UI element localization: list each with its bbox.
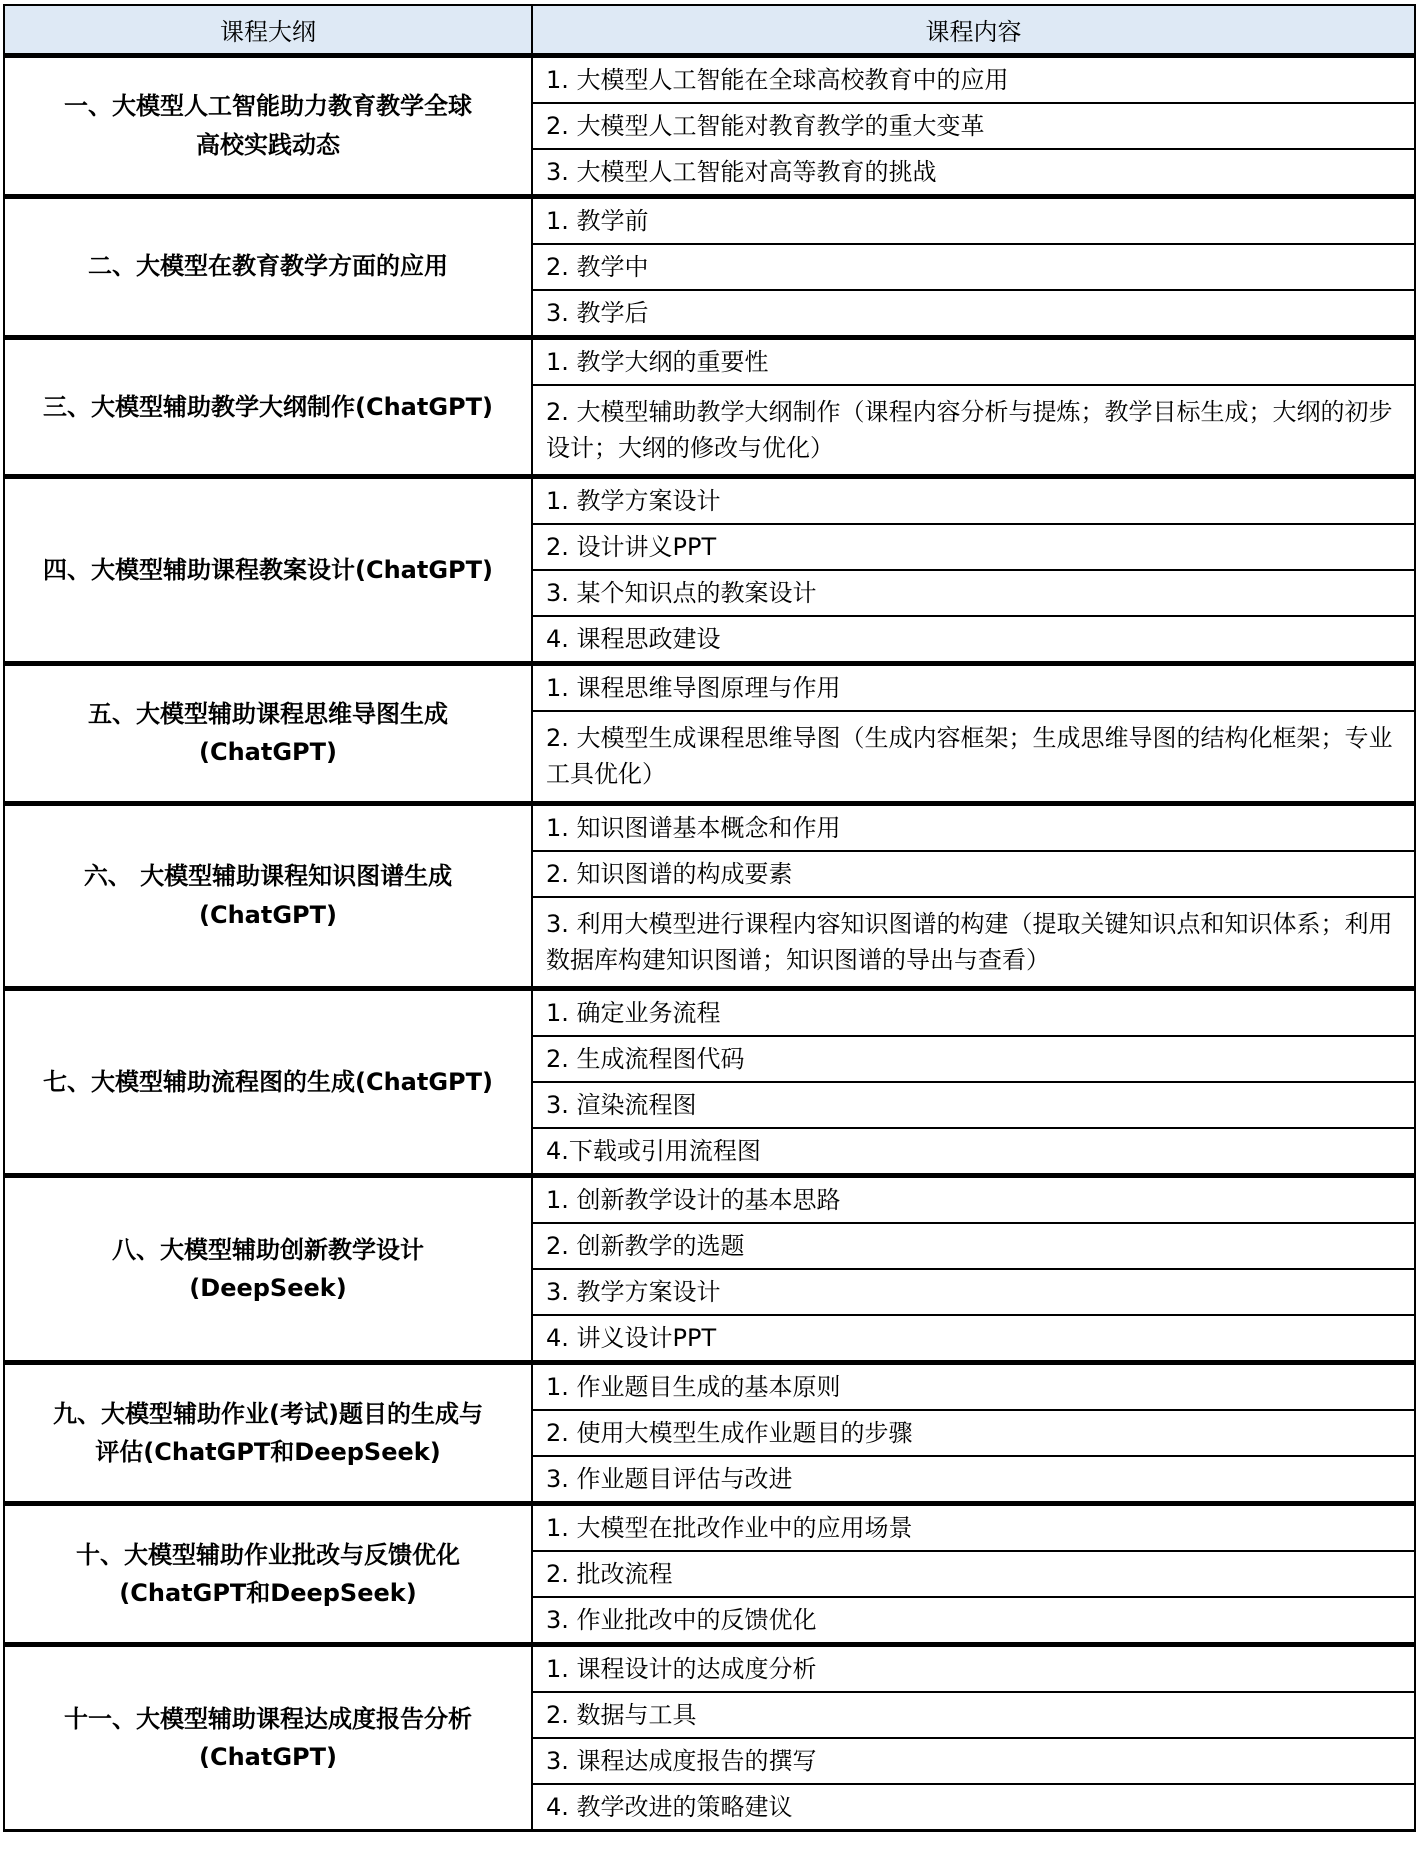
content-cell: 1. 教学前	[532, 196, 1415, 244]
outline-line: 高校实践动态	[13, 126, 523, 164]
section-2-row: 二、大模型在教育教学方面的应用 1. 教学前	[4, 196, 1415, 244]
content-cell: 3. 教学后	[532, 290, 1415, 338]
column-header-outline: 课程大纲	[4, 5, 532, 55]
content-cell: 1. 教学大纲的重要性	[532, 337, 1415, 385]
content-cell: 3. 渲染流程图	[532, 1082, 1415, 1128]
content-cell: 1. 知识图谱基本概念和作用	[532, 803, 1415, 851]
outline-cell-10: 十、大模型辅助作业批改与反馈优化 (ChatGPT和DeepSeek)	[4, 1504, 532, 1645]
content-cell: 4. 课程思政建设	[532, 616, 1415, 664]
content-cell: 1. 大模型在批改作业中的应用场景	[532, 1504, 1415, 1552]
content-cell: 3. 课程达成度报告的撰写	[532, 1738, 1415, 1784]
outline-line: 十一、大模型辅助课程达成度报告分析	[13, 1700, 523, 1738]
section-8-row: 八、大模型辅助创新教学设计 (DeepSeek) 1. 创新教学设计的基本思路	[4, 1176, 1415, 1224]
outline-line: 一、大模型人工智能助力教育教学全球	[13, 87, 523, 125]
outline-line: (DeepSeek)	[13, 1269, 523, 1307]
content-cell: 1. 教学方案设计	[532, 477, 1415, 525]
outline-cell-2: 二、大模型在教育教学方面的应用	[4, 196, 532, 337]
outline-line: 十、大模型辅助作业批改与反馈优化	[13, 1536, 523, 1574]
content-cell: 1. 作业题目生成的基本原则	[532, 1363, 1415, 1411]
content-cell: 1. 大模型人工智能在全球高校教育中的应用	[532, 55, 1415, 103]
content-cell: 2. 大模型辅助教学大纲制作（课程内容分析与提炼；教学目标生成；大纲的初步设计；…	[532, 385, 1415, 477]
content-cell: 3. 某个知识点的教案设计	[532, 570, 1415, 616]
content-cell: 2. 设计讲义PPT	[532, 524, 1415, 570]
content-cell: 2. 数据与工具	[532, 1692, 1415, 1738]
outline-cell-1: 一、大模型人工智能助力教育教学全球 高校实践动态	[4, 55, 532, 196]
outline-cell-6: 六、 大模型辅助课程知识图谱生成 (ChatGPT)	[4, 803, 532, 989]
section-6-row: 六、 大模型辅助课程知识图谱生成 (ChatGPT) 1. 知识图谱基本概念和作…	[4, 803, 1415, 851]
outline-line: 八、大模型辅助创新教学设计	[13, 1231, 523, 1269]
outline-line: 评估(ChatGPT和DeepSeek)	[13, 1433, 523, 1471]
content-cell: 2. 生成流程图代码	[532, 1036, 1415, 1082]
outline-line: 二、大模型在教育教学方面的应用	[13, 247, 523, 285]
outline-cell-4: 四、大模型辅助课程教案设计(ChatGPT)	[4, 477, 532, 664]
outline-line: 六、 大模型辅助课程知识图谱生成	[13, 857, 523, 895]
outline-line: 三、大模型辅助教学大纲制作(ChatGPT)	[13, 388, 523, 426]
content-cell: 1. 课程设计的达成度分析	[532, 1645, 1415, 1693]
content-cell: 2. 教学中	[532, 244, 1415, 290]
content-cell: 3. 教学方案设计	[532, 1269, 1415, 1315]
course-outline-table: 课程大纲 课程内容 一、大模型人工智能助力教育教学全球 高校实践动态 1. 大模…	[3, 4, 1416, 1832]
content-cell: 4. 教学改进的策略建议	[532, 1784, 1415, 1831]
outline-cell-7: 七、大模型辅助流程图的生成(ChatGPT)	[4, 989, 532, 1176]
outline-cell-5: 五、大模型辅助课程思维导图生成 (ChatGPT)	[4, 664, 532, 804]
outline-cell-9: 九、大模型辅助作业(考试)题目的生成与 评估(ChatGPT和DeepSeek)	[4, 1363, 532, 1504]
content-cell: 2. 大模型人工智能对教育教学的重大变革	[532, 103, 1415, 149]
header-row: 课程大纲 课程内容	[4, 5, 1415, 55]
content-cell: 2. 使用大模型生成作业题目的步骤	[532, 1410, 1415, 1456]
content-cell: 2. 批改流程	[532, 1551, 1415, 1597]
section-10-row: 十、大模型辅助作业批改与反馈优化 (ChatGPT和DeepSeek) 1. 大…	[4, 1504, 1415, 1552]
content-cell: 2. 大模型生成课程思维导图（生成内容框架；生成思维导图的结构化框架；专业工具优…	[532, 711, 1415, 803]
outline-cell-3: 三、大模型辅助教学大纲制作(ChatGPT)	[4, 337, 532, 477]
content-cell: 3. 利用大模型进行课程内容知识图谱的构建（提取关键知识点和知识体系；利用数据库…	[532, 897, 1415, 989]
column-header-content: 课程内容	[532, 5, 1415, 55]
outline-line: (ChatGPT和DeepSeek)	[13, 1574, 523, 1612]
outline-line: (ChatGPT)	[13, 733, 523, 771]
outline-cell-8: 八、大模型辅助创新教学设计 (DeepSeek)	[4, 1176, 532, 1363]
content-cell: 4. 讲义设计PPT	[532, 1315, 1415, 1363]
outline-line: 五、大模型辅助课程思维导图生成	[13, 695, 523, 733]
outline-line: 七、大模型辅助流程图的生成(ChatGPT)	[13, 1063, 523, 1101]
section-9-row: 九、大模型辅助作业(考试)题目的生成与 评估(ChatGPT和DeepSeek)…	[4, 1363, 1415, 1411]
content-cell: 1. 确定业务流程	[532, 989, 1415, 1037]
outline-line: 四、大模型辅助课程教案设计(ChatGPT)	[13, 551, 523, 589]
content-cell: 4.下载或引用流程图	[532, 1128, 1415, 1176]
outline-line: (ChatGPT)	[13, 896, 523, 934]
section-5-row: 五、大模型辅助课程思维导图生成 (ChatGPT) 1. 课程思维导图原理与作用	[4, 664, 1415, 712]
content-cell: 3. 作业题目评估与改进	[532, 1456, 1415, 1504]
content-cell: 2. 创新教学的选题	[532, 1223, 1415, 1269]
outline-cell-11: 十一、大模型辅助课程达成度报告分析 (ChatGPT)	[4, 1645, 532, 1831]
content-cell: 1. 创新教学设计的基本思路	[532, 1176, 1415, 1224]
outline-line: 九、大模型辅助作业(考试)题目的生成与	[13, 1395, 523, 1433]
content-cell: 2. 知识图谱的构成要素	[532, 851, 1415, 897]
section-3-row: 三、大模型辅助教学大纲制作(ChatGPT) 1. 教学大纲的重要性	[4, 337, 1415, 385]
content-cell: 1. 课程思维导图原理与作用	[532, 664, 1415, 712]
section-1-row: 一、大模型人工智能助力教育教学全球 高校实践动态 1. 大模型人工智能在全球高校…	[4, 55, 1415, 103]
section-11-row: 十一、大模型辅助课程达成度报告分析 (ChatGPT) 1. 课程设计的达成度分…	[4, 1645, 1415, 1693]
page: 课程大纲 课程内容 一、大模型人工智能助力教育教学全球 高校实践动态 1. 大模…	[0, 0, 1417, 1836]
content-cell: 3. 作业批改中的反馈优化	[532, 1597, 1415, 1645]
section-4-row: 四、大模型辅助课程教案设计(ChatGPT) 1. 教学方案设计	[4, 477, 1415, 525]
section-7-row: 七、大模型辅助流程图的生成(ChatGPT) 1. 确定业务流程	[4, 989, 1415, 1037]
content-cell: 3. 大模型人工智能对高等教育的挑战	[532, 149, 1415, 197]
outline-line: (ChatGPT)	[13, 1738, 523, 1776]
